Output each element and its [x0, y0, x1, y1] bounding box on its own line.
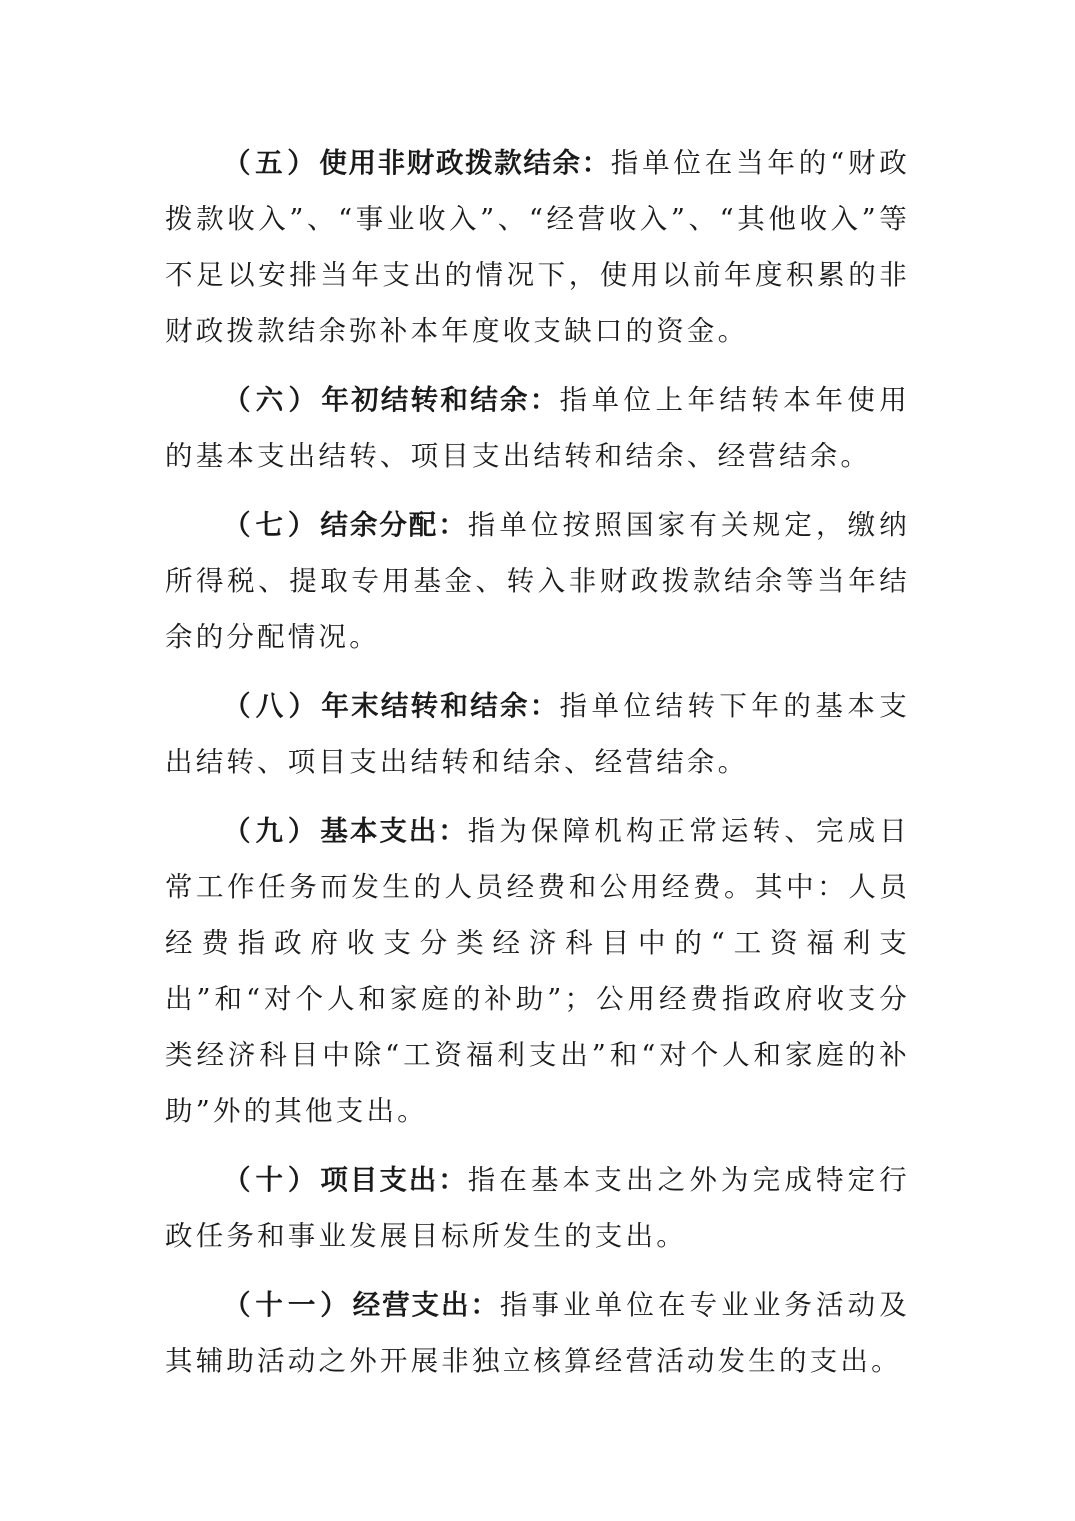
- item-number: （五）: [223, 147, 319, 179]
- definition-term: 使用非财政拨款结余：: [319, 147, 610, 179]
- item-number: （六）: [223, 384, 321, 416]
- definition-term: 经营支出：: [353, 1289, 500, 1321]
- definition-term: 结余分配：: [320, 509, 467, 541]
- definition-term: 年初结转和结余：: [321, 384, 559, 416]
- definition-term: 基本支出：: [320, 815, 467, 847]
- definition-paragraph-5: （五）使用非财政拨款结余：指单位在当年的“财政拨款收入”、“事业收入”、“经营收…: [165, 135, 910, 359]
- definition-term: 年末结转和结余：: [321, 690, 559, 722]
- definition-body: 指为保障机构正常运转、完成日常工作任务而发生的人员经费和公用经费。其中：人员经费…: [165, 815, 910, 1127]
- definition-paragraph-11: （十一）经营支出：指事业单位在专业业务活动及其辅助活动之外开展非独立核算经营活动…: [165, 1277, 910, 1389]
- item-number: （九）: [223, 815, 320, 847]
- item-number: （十）: [223, 1164, 320, 1196]
- item-number: （七）: [223, 509, 320, 541]
- document-page: （五）使用非财政拨款结余：指单位在当年的“财政拨款收入”、“事业收入”、“经营收…: [165, 135, 910, 1402]
- definition-paragraph-7: （七）结余分配：指单位按照国家有关规定，缴纳所得税、提取专用基金、转入非财政拨款…: [165, 497, 910, 665]
- definition-term: 项目支出：: [320, 1164, 467, 1196]
- item-number: （十一）: [223, 1289, 353, 1321]
- item-number: （八）: [223, 690, 321, 722]
- definition-paragraph-9: （九）基本支出：指为保障机构正常运转、完成日常工作任务而发生的人员经费和公用经费…: [165, 803, 910, 1139]
- definition-paragraph-10: （十）项目支出：指在基本支出之外为完成特定行政任务和事业发展目标所发生的支出。: [165, 1152, 910, 1264]
- definition-paragraph-8: （八）年末结转和结余：指单位结转下年的基本支出结转、项目支出结转和结余、经营结余…: [165, 678, 910, 790]
- definition-paragraph-6: （六）年初结转和结余：指单位上年结转本年使用的基本支出结转、项目支出结转和结余、…: [165, 372, 910, 484]
